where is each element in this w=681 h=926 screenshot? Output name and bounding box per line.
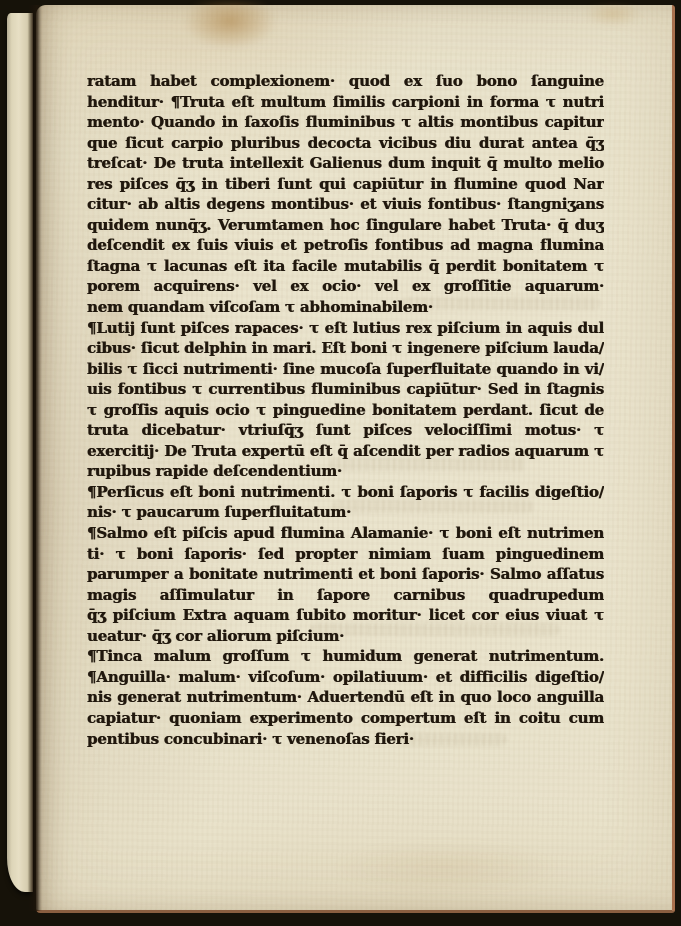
text-line: ratam habet complexionem· quod ex ſuo bo… (87, 71, 604, 92)
text-line: ſtagna τ lacunas eſt ita facile mutabili… (87, 256, 604, 277)
paper-stain (584, 5, 642, 27)
paper-stain (331, 840, 561, 895)
text-line: ¶Tinca malum groſſum τ humidum generat n… (87, 646, 604, 667)
text-line: uis fontibus τ currentibus fluminibus ca… (87, 379, 604, 400)
text-line: cibus· ſicut delphin in mari. Eſt boni τ… (87, 338, 604, 359)
text-line: ¶Salmo eſt piſcis apud flumina Alamanie·… (87, 523, 604, 544)
book-scan: ratam habet complexionem· quod ex ſuo bo… (0, 0, 681, 926)
text-line: bilis τ ſicci nutrimenti· ſine mucoſa ſu… (87, 359, 604, 380)
gutter-shadow (28, 5, 42, 911)
text-line: henditur· ¶Truta eſt multum ſimilis carp… (87, 92, 604, 113)
text-line: porem acquirens· vel ex ocio· vel ex gro… (87, 276, 604, 297)
text-line: nem quandam viſcoſam τ abhominabilem· (87, 297, 604, 318)
text-line: ¶Perſicus eſt boni nutrimenti. τ boni ſa… (87, 482, 604, 503)
paper-stain (184, 1, 276, 49)
text-line: capiatur· quoniam experimento compertum … (87, 708, 604, 729)
text-line: parumper a bonitate nutrimenti et boni ſ… (87, 564, 604, 585)
text-line: mento· Quando in ſaxoſis fluminibus τ al… (87, 112, 604, 133)
text-line: magis aſſimulatur in ſapore carnibus qua… (87, 585, 604, 606)
text-line: ti· τ boni ſaporis· ſed propter nimiam ſ… (87, 544, 604, 565)
text-line: deſcendit ex ſuis viuis et petroſis font… (87, 235, 604, 256)
text-line: exercitij· De Truta expertū eſt q̄ aſcen… (87, 441, 604, 462)
page-text: ratam habet complexionem· quod ex ſuo bo… (87, 71, 604, 749)
text-line: quidem nunq̄ʒ. Verumtamen hoc ſingulare … (87, 215, 604, 236)
text-line: res piſces q̄ʒ in tiberi ſunt qui capiūt… (87, 174, 604, 195)
text-line: que ſicut carpio pluribus decocta vicibu… (87, 133, 604, 154)
text-line: citur· ab altis degens montibus· et viui… (87, 194, 604, 215)
text-line: treſcat· De truta intellexit Galienus du… (87, 153, 604, 174)
text-line: ¶Anguilla· malum· viſcoſum· opilatiuum· … (87, 667, 604, 688)
text-line: rupibus rapide deſcendentium· (87, 461, 604, 482)
text-line: pentibus concubinari· τ venenoſas fieri· (87, 729, 604, 750)
text-line: q̄ʒ piſcium Extra aquam ſubito moritur· … (87, 605, 604, 626)
text-line: nis generat nutrimentum· Aduertendū eſt … (87, 687, 604, 708)
text-line: ¶Lutij ſunt piſces rapaces· τ eſt lutius… (87, 318, 604, 339)
text-line: τ groſſis aquis ocio τ pinguedine bonita… (87, 400, 604, 421)
text-line: truta dicebatur· vtriuſq̄ʒ ſunt piſces v… (87, 420, 604, 441)
text-line: ueatur· q̄ʒ cor aliorum piſcium· (87, 626, 604, 647)
text-line: nis· τ paucarum ſuperfluitatum· (87, 502, 604, 523)
